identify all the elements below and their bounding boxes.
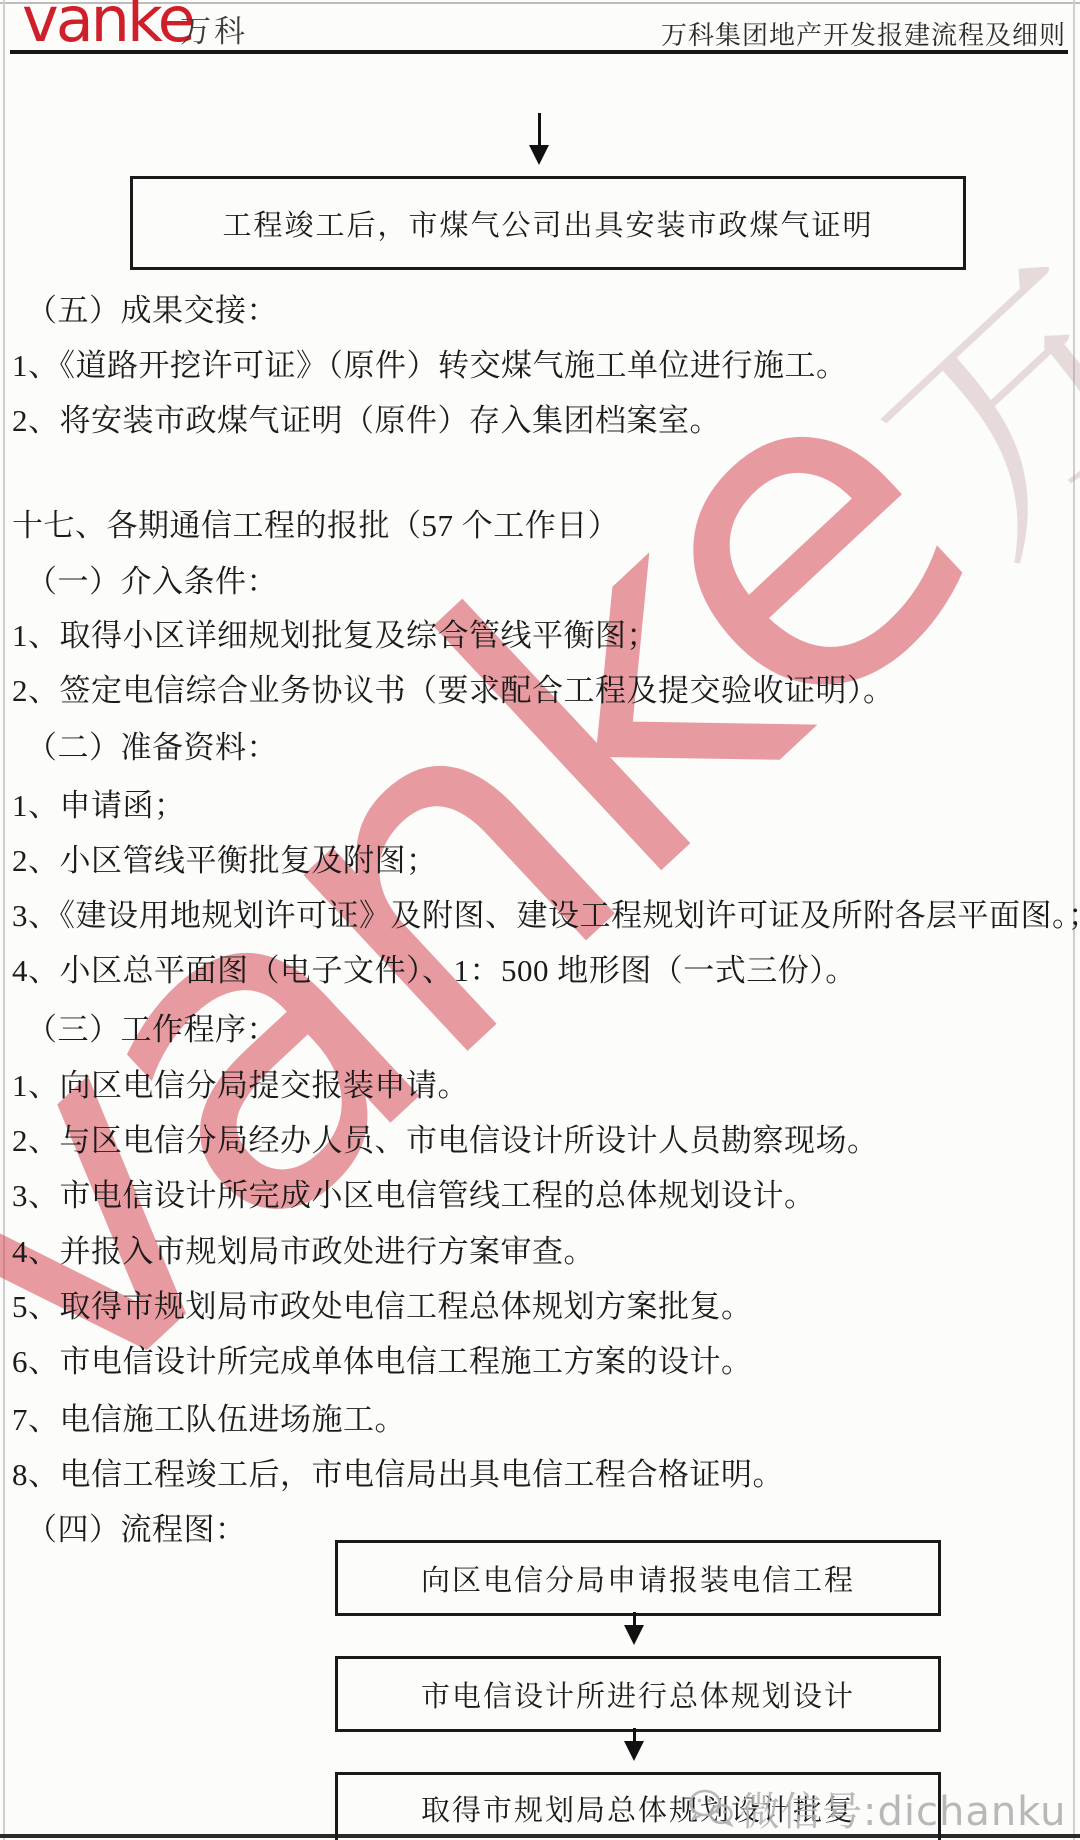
material-item-4: 4、小区总平面图（电子文件）、1：500 地形图（一式三份）。 — [12, 945, 857, 990]
flowchart-heading: （四）流程图： — [26, 1504, 247, 1549]
handover-item-1: 1、《道路开挖许可证》（原件）转交煤气施工单位进行施工。 — [12, 340, 848, 385]
procedure-step-6: 6、市电信设计所完成单体电信工程施工方案的设计。 — [12, 1336, 753, 1381]
header-rule — [10, 50, 1068, 54]
procedure-step-3: 3、市电信设计所完成小区电信管线工程的总体规划设计。 — [12, 1170, 816, 1215]
procedure-step-8: 8、电信工程竣工后，市电信局出具电信工程合格证明。 — [12, 1449, 784, 1494]
wechat-label: 微信号:dichanku — [740, 1780, 1066, 1837]
flow-arrow-a-b — [633, 1612, 636, 1636]
entry-condition-1: 1、取得小区详细规划批复及综合管线平衡图； — [12, 610, 658, 655]
material-item-2: 2、小区管线平衡批复及附图； — [12, 835, 438, 880]
flow-box-overall-design: 市电信设计所进行总体规划设计 — [335, 1656, 941, 1732]
procedure-step-7: 7、电信施工队伍进场施工。 — [12, 1394, 406, 1439]
materials-heading: （二）准备资料： — [26, 722, 278, 767]
material-item-3: 3、《建设用地规划许可证》及附图、建设工程规划许可证及所附各层平面图。； — [12, 890, 1080, 935]
handover-item-2: 2、将安装市政煤气证明（原件）存入集团档案室。 — [12, 395, 721, 440]
procedure-step-2: 2、与区电信分局经办人员、市电信设计所设计人员勘察现场。 — [12, 1115, 879, 1160]
entry-condition-2: 2、签定电信综合业务协议书（要求配合工程及提交验收证明）。 — [12, 665, 895, 710]
chapter-17-title: 十七、各期通信工程的报批（57 个工作日） — [12, 500, 619, 545]
vanke-logo: vanke — [22, 0, 193, 56]
entry-conditions-heading: （一）介入条件： — [26, 556, 278, 601]
wechat-icon — [688, 1788, 734, 1830]
document-page: vanke万科 vanke 万科 万科集团地产开发报建流程及细则 工程竣工后，市… — [0, 0, 1080, 1840]
flow-box-apply-telecom: 向区电信分局申请报装电信工程 — [335, 1540, 941, 1616]
wechat-watermark: 微信号:dichanku — [688, 1780, 1066, 1837]
material-item-1: 1、申请函； — [12, 780, 186, 825]
document-title: 万科集团地产开发报建流程及细则 — [661, 15, 1066, 52]
flow-arrow-b-c — [633, 1728, 636, 1752]
vanke-logo-cn: 万科 — [180, 6, 248, 51]
procedure-step-4: 4、并报入市规划局市政处进行方案审查。 — [12, 1226, 595, 1271]
procedure-heading: （三）工作程序： — [26, 1004, 278, 1049]
section-5-handover-heading: （五）成果交接： — [26, 285, 278, 330]
brand-watermark-cjk: 万科 — [836, 19, 1080, 603]
flow-box-gas-certificate: 工程竣工后，市煤气公司出具安装市政煤气证明 — [130, 176, 966, 270]
procedure-step-5: 5、取得市规划局市政处电信工程总体规划方案批复。 — [12, 1281, 753, 1326]
flow-arrow-top — [538, 113, 541, 156]
page-border-left — [3, 0, 5, 1840]
procedure-step-1: 1、向区电信分局提交报装申请。 — [12, 1060, 469, 1105]
